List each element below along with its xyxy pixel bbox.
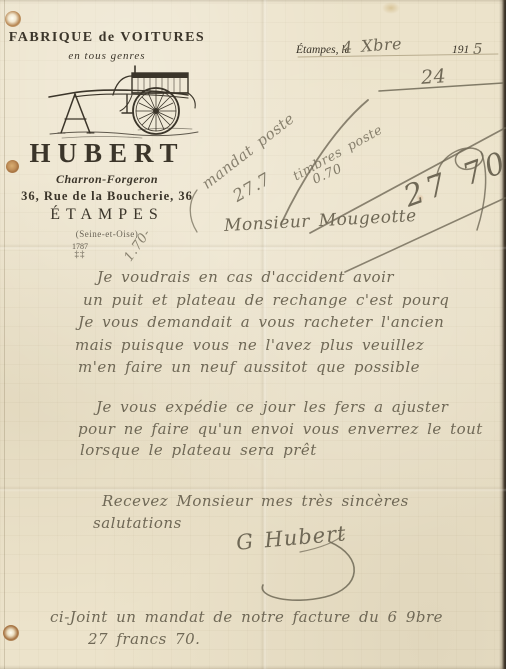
letter-line: Je vous expédie ce jour les fers a ajust… [96, 398, 448, 416]
punch-hole-top-left [5, 11, 21, 27]
closing-line: Recevez Monsieur mes très sincères [102, 492, 409, 510]
page-bottom-edge-shadow [0, 665, 506, 669]
closing-line: salutations [93, 514, 182, 532]
letter-line: m'en faire un neuf aussitot que possible [78, 358, 420, 376]
letter-line: pour ne faire qu'un envoi vous enverrez … [78, 420, 483, 438]
letterhead-subtitle: en tous genres [8, 50, 206, 62]
page-right-edge-shadow [499, 0, 506, 669]
letterhead-profession: Charron-Forgeron [8, 172, 206, 187]
folio-number: 24 [420, 65, 447, 89]
letter-line: Je voudrais en cas d'accident avoir [97, 268, 394, 286]
letter-scan-page: FABRIQUE de VOITURES en tous genres [0, 0, 506, 669]
letterhead-department: (Seine-et-Oise) [8, 229, 206, 239]
letterhead-address: 36, Rue de la Boucherie, 36 [8, 189, 206, 204]
salutation-line: Monsieur Mougeotte [224, 206, 418, 236]
horse-cart-engraving [42, 64, 202, 144]
vertical-fold-crease [260, 0, 268, 669]
signature: G Hubert [235, 521, 347, 555]
postscript-line: 27 francs 70. [88, 630, 200, 648]
letter-line: mais puisque vous ne l'avez plus veuille… [75, 336, 424, 354]
letterhead-business-line: FABRIQUE de VOITURES [8, 30, 206, 46]
page-left-edge-line [4, 0, 5, 669]
dateline-handwritten-day: 4 Xbre [341, 34, 402, 57]
letterhead-city: ÉTAMPES [8, 206, 206, 224]
letter-line: Je vous demandait a vous racheter l'anci… [78, 313, 444, 331]
page-top-edge-shadow [0, 0, 506, 3]
postscript-line: ci-Joint un mandat de notre facture du 6… [50, 608, 443, 626]
paper-stain-top [382, 2, 400, 14]
letterhead-ornament-icon: ‡‡ [30, 249, 130, 259]
punch-hole-bottom-left [3, 625, 19, 641]
dateline-printed-year: 191 [452, 44, 469, 56]
annotation-total-amount: 27 70 [399, 144, 506, 214]
letter-line: lorsque le plateau sera prêt [80, 441, 317, 459]
letterhead-proprietor-name: HUBERT [8, 138, 206, 169]
dateline-handwritten-year-digit: 5 [473, 40, 483, 58]
letter-line: un puit et plateau de rechange c'est pou… [83, 291, 449, 309]
